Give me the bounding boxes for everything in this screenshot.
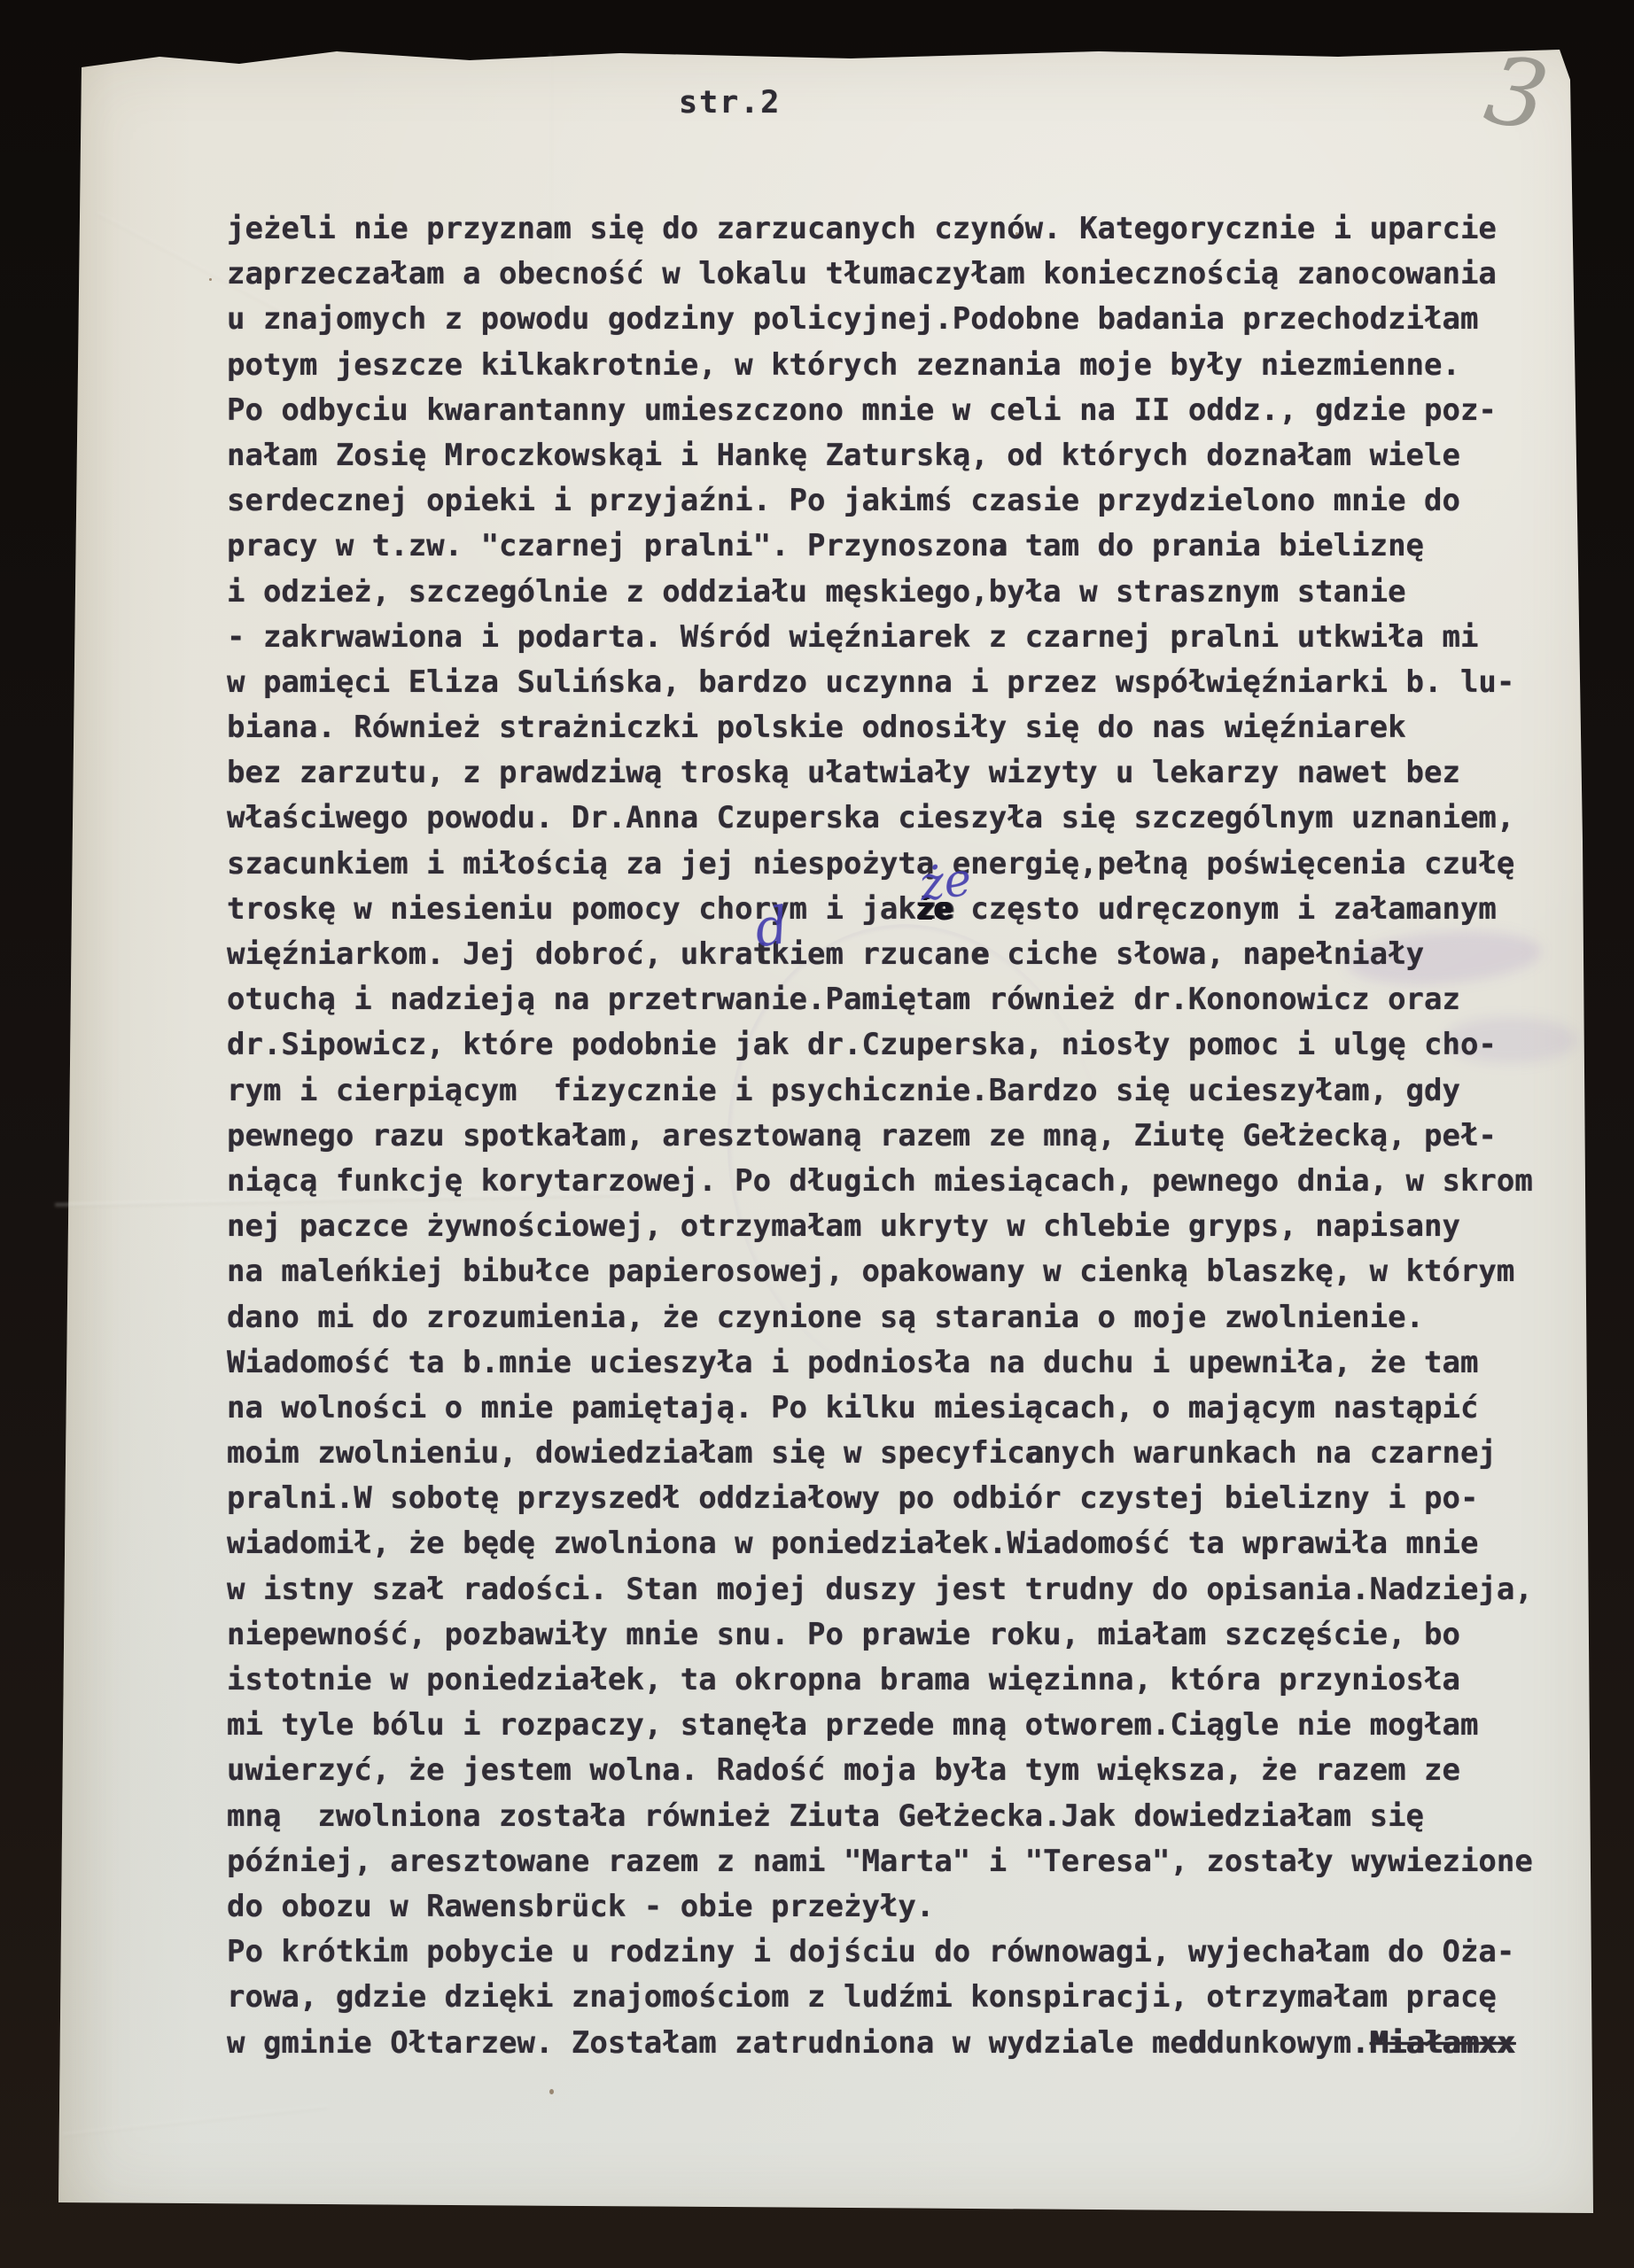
text-line: zaprzeczałam a obecność w lokalu tłumacz…	[227, 252, 1556, 297]
text-line: pralni.W sobotę przyszedł oddziałowy po …	[227, 1476, 1556, 1521]
text-line: pewnego razu spotkałam, aresztowaną raze…	[227, 1114, 1556, 1159]
text-line: dano mi do zrozumienia, że czynione są s…	[227, 1295, 1556, 1340]
text-line: mi tyle bólu i rozpaczy, stanęła przede …	[227, 1703, 1556, 1748]
text-line: moim zwolnieniu, dowiedziałam się w spec…	[227, 1431, 1556, 1476]
text-line: serdecznej opieki i przyjaźni. Po jakimś…	[227, 478, 1556, 524]
paper-speck	[549, 2089, 554, 2094]
text-line: właściwego powodu. Dr.Anna Czuperska cie…	[227, 796, 1556, 841]
text-line: Wiadomość ta b.mnie ucieszyła i podniosł…	[227, 1340, 1556, 1386]
text-line: na maleńkiej bibułce papierosowej, opako…	[227, 1249, 1556, 1294]
page-number-header: str.2	[679, 85, 781, 120]
text-line: pracy w t.zw. "czarnej pralni". Przynosz…	[227, 524, 1556, 569]
text-line: w gminie Ołtarzew. Zostałam zatrudniona …	[227, 2021, 1556, 2066]
text-line: potym jeszcze kilkakrotnie, w których ze…	[227, 343, 1556, 388]
text-line: bez zarzutu, z prawdziwą troską ułatwiał…	[227, 750, 1556, 796]
text-line: wiadomił, że będę zwolniona w poniedział…	[227, 1521, 1556, 1566]
text-line: - zakrwawiona i podarta. Wśród więźniare…	[227, 615, 1556, 660]
text-line: nej paczce żywnościowej, otrzymałam ukry…	[227, 1204, 1556, 1249]
paper-speck	[209, 278, 212, 281]
scanned-document-page: str.2 3 jeżeli nie przyznam się do zarzu…	[0, 0, 1634, 2268]
text-line: biana. Również strażniczki polskie odnos…	[227, 705, 1556, 750]
text-line: więźniarkom. Jej dobroć, ukratkiem rzuca…	[227, 932, 1556, 977]
text-line: niepewność, pozbawiły mnie snu. Po prawi…	[227, 1612, 1556, 1658]
text-line: rym i cierpiącym fizycznie i psychicznie…	[227, 1068, 1556, 1114]
ink-correction: że	[917, 853, 974, 912]
text-line: i odzież, szczególnie z oddziału męskieg…	[227, 570, 1556, 615]
text-line: rowa, gdzie dzięki znajomościom z ludźmi…	[227, 1975, 1556, 2020]
text-line: w pamięci Eliza Sulińska, bardzo uczynna…	[227, 660, 1556, 705]
text-line: jeżeli nie przyznam się do zarzucanych c…	[227, 206, 1556, 252]
text-line: niącą funkcję korytarzowej. Po długich m…	[227, 1159, 1556, 1204]
text-line: Po odbyciu kwarantanny umieszczono mnie …	[227, 388, 1556, 433]
text-line: w istny szał radości. Stan mojej duszy j…	[227, 1567, 1556, 1612]
text-line: istotnie w poniedziałek, ta okropna bram…	[227, 1658, 1556, 1703]
text-line: do obozu w Rawensbrück - obie przeżyły.	[227, 1884, 1556, 1930]
text-line: uwierzyć, że jestem wolna. Radość moja b…	[227, 1748, 1556, 1793]
text-line: Po krótkim pobycie u rodziny i dojściu d…	[227, 1930, 1556, 1975]
text-line: mną zwolniona została również Ziuta Gełż…	[227, 1794, 1556, 1839]
text-line: później, aresztowane razem z nami "Marta…	[227, 1839, 1556, 1884]
text-line: troskę w niesieniu pomocy chorym i jakże…	[227, 887, 1556, 932]
text-line: otuchą i nadzieją na przetrwanie.Pamięta…	[227, 977, 1556, 1022]
text-line: szacunkiem i miłością za jej niespożytą …	[227, 842, 1556, 887]
text-line: dr.Sipowicz, które podobnie jak dr.Czupe…	[227, 1022, 1556, 1068]
text-line: na wolności o mnie pamiętają. Po kilku m…	[227, 1386, 1556, 1431]
text-line: u znajomych z powodu godziny policyjnej.…	[227, 297, 1556, 342]
document-text: jeżeli nie przyznam się do zarzucanych c…	[227, 206, 1556, 2066]
text-line: nałam Zosię Mroczkowskąi i Hankę Zatursk…	[227, 433, 1556, 478]
